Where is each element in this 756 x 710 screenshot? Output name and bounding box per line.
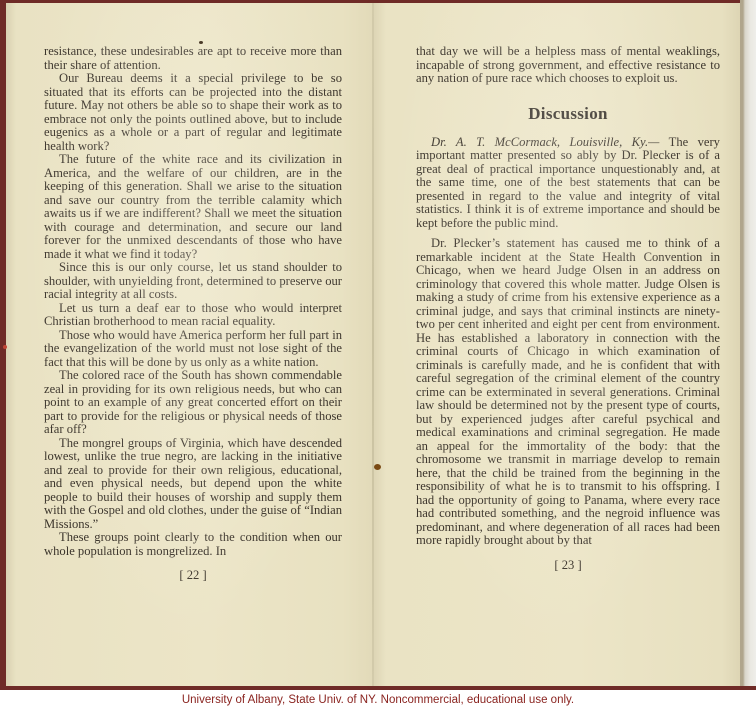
attribution-text: University of Albany, State Univ. of NY.… bbox=[182, 694, 574, 706]
paragraph: These groups point clearly to the condit… bbox=[44, 531, 342, 558]
paragraph: Our Bureau deems it a special privilege … bbox=[44, 72, 342, 153]
page-left-text: resistance, these undesirables are apt t… bbox=[44, 45, 342, 558]
scan-photo: resistance, these undesirables are apt t… bbox=[0, 0, 756, 690]
paragraph: resistance, these undesirables are apt t… bbox=[44, 45, 342, 72]
paper-speck bbox=[3, 345, 7, 349]
paragraph: The mongrel groups of Virginia, which ha… bbox=[44, 437, 342, 532]
section-heading: Discussion bbox=[416, 104, 720, 124]
page-right-intro-text: that day we will be a helpless mass of m… bbox=[416, 45, 720, 86]
speaker-name: Dr. A. T. McCormack, Louisville, Ky.— bbox=[431, 135, 669, 149]
page-right: that day we will be a helpless mass of m… bbox=[374, 3, 740, 686]
page-number-right: [ 23 ] bbox=[416, 558, 720, 573]
paragraph: Since this is our only course, let us st… bbox=[44, 261, 342, 302]
page-right-body-text: Dr. A. T. McCormack, Louisville, Ky.— Th… bbox=[416, 136, 720, 548]
paper-speck bbox=[199, 41, 203, 44]
paper-speck bbox=[374, 464, 381, 470]
page-number-left: [ 22 ] bbox=[44, 568, 342, 583]
scan-edge-strip bbox=[740, 0, 756, 686]
attribution-bar: University of Albany, State Univ. of NY.… bbox=[0, 690, 756, 710]
paragraph: Dr. A. T. McCormack, Louisville, Ky.— Th… bbox=[416, 136, 720, 231]
paragraph: that day we will be a helpless mass of m… bbox=[416, 45, 720, 86]
open-book-pages: resistance, these undesirables are apt t… bbox=[6, 3, 740, 686]
paragraph: Those who would have America perform her… bbox=[44, 329, 342, 370]
page-left: resistance, these undesirables are apt t… bbox=[6, 3, 372, 686]
paragraph: Dr. Plecker’s statement has caused me to… bbox=[416, 237, 720, 548]
paragraph: Let us turn a deaf ear to those who woul… bbox=[44, 302, 342, 329]
paragraph: The future of the white race and its civ… bbox=[44, 153, 342, 261]
paragraph: The colored race of the South has shown … bbox=[44, 369, 342, 437]
scanned-book-spread: resistance, these undesirables are apt t… bbox=[0, 0, 756, 710]
